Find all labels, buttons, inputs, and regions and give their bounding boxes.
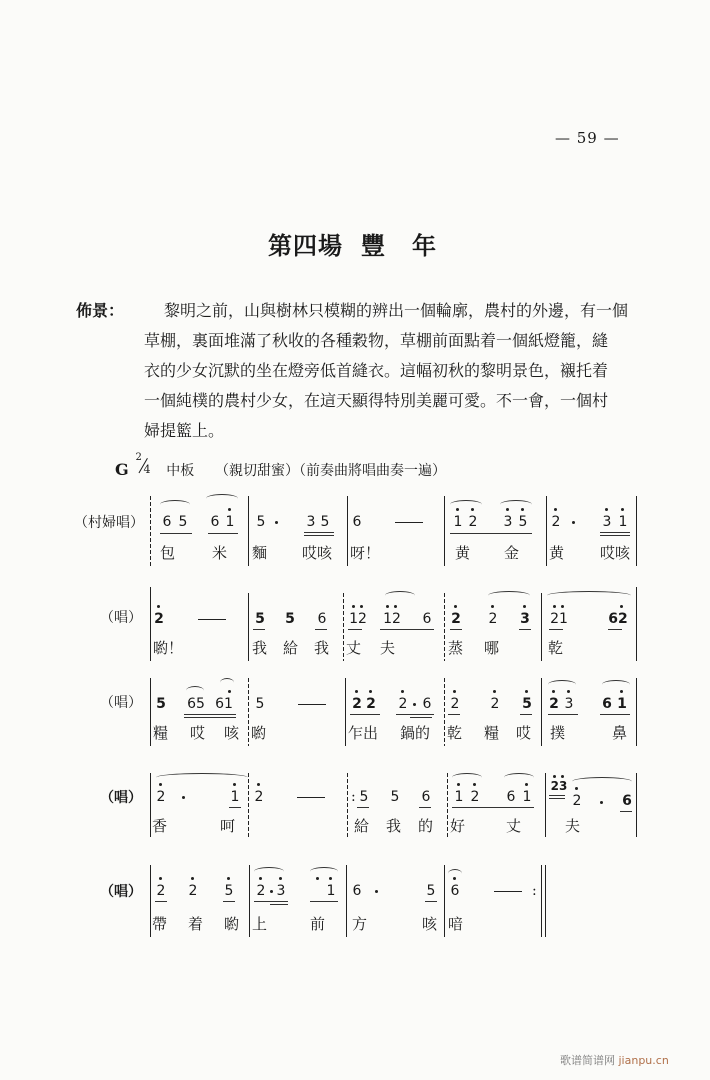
lyric: 給: [354, 815, 369, 836]
score-system-3: （唱） 5 65 61 5 2 2 2 6 2 2 5 2 3 6 1 糧 哎 …: [0, 670, 710, 750]
lyric: 鍋的: [400, 722, 430, 743]
watermark: 歌谱简谱网 jianpu.cn: [560, 1052, 669, 1068]
lyric: 呵: [220, 815, 235, 836]
lyric: 麵: [252, 542, 267, 563]
lyric: 喲: [224, 913, 239, 934]
lyric: 黄: [549, 542, 564, 563]
lyric: 金: [504, 542, 519, 563]
lyric: 咳: [422, 913, 437, 934]
lyric: 前: [310, 913, 325, 934]
page-title: 第四場豐年: [268, 226, 437, 261]
lyric: 包: [160, 542, 175, 563]
tempo-marking: 中板: [166, 463, 194, 479]
lyric: 丈: [506, 815, 521, 836]
page-number: — 59 —: [555, 129, 620, 147]
lyric: 哎: [190, 722, 205, 743]
lyric: 哪: [484, 637, 499, 658]
lyric: 糧: [484, 722, 499, 743]
scene-line: 衣的少女沉默的坐在燈旁低首縫衣。這幅初秋的黎明景色，襯托着: [144, 356, 608, 386]
lyric: 我: [314, 637, 329, 658]
lyric: 丈: [346, 637, 361, 658]
lyric: 給: [283, 637, 298, 658]
lyric: 夫: [565, 815, 580, 836]
lyric: 的: [418, 815, 433, 836]
lyric: 喑: [448, 913, 463, 934]
lyric: 方: [352, 913, 367, 934]
lyric: 喲: [251, 722, 266, 743]
lyric: 我: [386, 815, 401, 836]
lyric: 乾: [548, 637, 563, 658]
lyric: 上: [252, 913, 267, 934]
scene-line: 婦提籃上。: [144, 416, 224, 446]
lyric: 夫: [380, 637, 395, 658]
lyric: 乍出: [348, 722, 378, 743]
lyric: 哎咳: [600, 542, 630, 563]
score-system-1: （村婦唱） 6 5 6 1 5 3 5 6 1 2 3 5 2 3 1 包 米 …: [0, 490, 710, 570]
part-label: （唱）: [100, 692, 142, 712]
watermark-cn: 歌谱简谱网: [560, 1054, 615, 1067]
score-system-4: （唱） 2 1 2 : 5 5 6 1 2 6 1 23 2 6 香 呵 給 我…: [0, 765, 710, 845]
scene-label: 佈景：: [76, 296, 124, 326]
score-header: G 2 4 中板 （親切甜蜜）（前奏曲將唱曲奏一遍）: [115, 458, 446, 480]
time-signature: 2 4: [133, 458, 155, 478]
lyric: 哎咳: [302, 542, 332, 563]
score-system-2: （唱） 2 5 5 6 12 12 6 2 2 3 21 62 喲！ 我 給 我…: [0, 585, 710, 665]
title-word-2: 年: [412, 231, 437, 260]
expression-marking: （親切甜蜜）（前奏曲將唱曲奏一遍）: [215, 463, 446, 479]
part-label: （村婦唱）: [74, 512, 144, 532]
lyric: 米: [212, 542, 227, 563]
part-label: （唱）: [100, 607, 142, 627]
lyric: 鼻: [612, 722, 627, 743]
lyric: 香: [152, 815, 167, 836]
lyric: 哎: [516, 722, 531, 743]
scene-line: 草棚，裏面堆滿了秋收的各種穀物，草棚前面點着一個紙燈籠，縫: [144, 326, 608, 356]
lyric: 黄: [455, 542, 470, 563]
lyric: 咳: [224, 722, 239, 743]
lyric: 撲: [550, 722, 565, 743]
lyric: 呀！: [350, 542, 380, 563]
repeat-end: :: [532, 883, 537, 899]
title-scene: 第四場: [268, 231, 343, 260]
part-label: （唱）: [100, 787, 142, 807]
key-signature: G: [115, 460, 129, 479]
lyric: 好: [450, 815, 465, 836]
lyric: 乾: [447, 722, 462, 743]
watermark-brand: jianpu.cn: [619, 1054, 669, 1067]
title-word-1: 豐: [361, 231, 386, 260]
scene-line: 一個純樸的農村少女，在這天顯得特別美麗可愛。不一會，一個村: [144, 386, 608, 416]
part-label: （唱）: [100, 881, 142, 901]
scene-line: 黎明之前，山與樹林只模糊的辨出一個輪廓，農村的外邊，有一個: [164, 296, 628, 326]
lyric: 着: [188, 913, 203, 934]
score-system-5: （唱） 2 2 5 2 3 1 6 5 6 : 帶 着 喲 上 前 方 咳 喑: [0, 855, 710, 935]
lyric: 糧: [153, 722, 168, 743]
lyric: 我: [252, 637, 267, 658]
lyric: 喲！: [153, 637, 183, 658]
lyric: 帶: [152, 913, 167, 934]
lyric: 蒸: [448, 637, 463, 658]
